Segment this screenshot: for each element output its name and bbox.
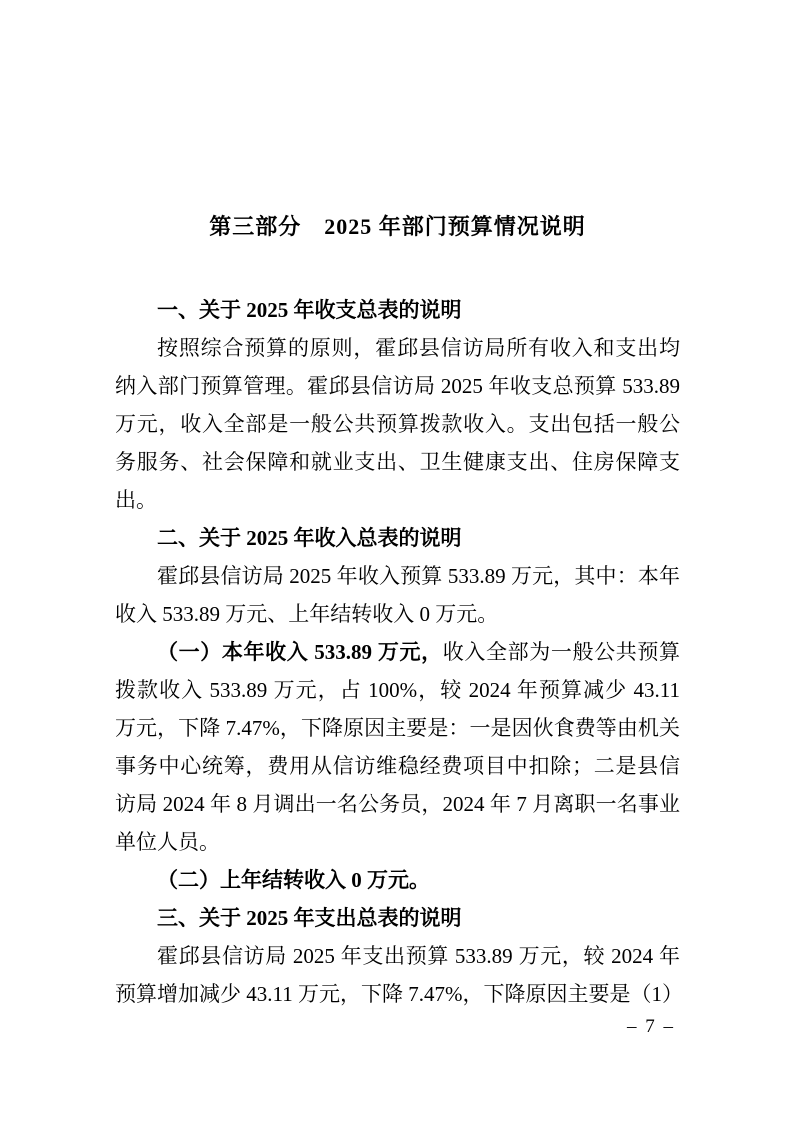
section-1-paragraph: 按照综合预算的原则，霍邱县信访局所有收入和支出均纳入部门预算管理。霍邱县信访局 … (115, 329, 680, 519)
section-2-item-2-heading: （二）上年结转收入 0 万元。 (115, 861, 680, 899)
section-3-heading: 三、关于 2025 年支出总表的说明 (115, 899, 680, 937)
document-page: 第三部分 2025 年部门预算情况说明 一、关于 2025 年收支总表的说明 按… (0, 0, 793, 1122)
document-title: 第三部分 2025 年部门预算情况说明 (115, 213, 680, 241)
item-1-bold-lead: （一）本年收入 533.89 万元， (157, 640, 443, 664)
section-1-heading: 一、关于 2025 年收支总表的说明 (115, 291, 680, 329)
section-2-paragraph: 霍邱县信访局 2025 年收入预算 533.89 万元，其中：本年收入 533.… (115, 557, 680, 633)
section-2-heading: 二、关于 2025 年收入总表的说明 (115, 519, 680, 557)
page-number: – 7 – (627, 1016, 675, 1038)
item-1-body-text: 收入全部为一般公共预算拨款收入 533.89 万元，占 100%，较 2024 … (115, 640, 680, 854)
section-2-item-1-paragraph: （一）本年收入 533.89 万元，收入全部为一般公共预算拨款收入 533.89… (115, 633, 680, 861)
section-3-paragraph: 霍邱县信访局 2025 年支出预算 533.89 万元，较 2024 年预算增加… (115, 937, 680, 1013)
